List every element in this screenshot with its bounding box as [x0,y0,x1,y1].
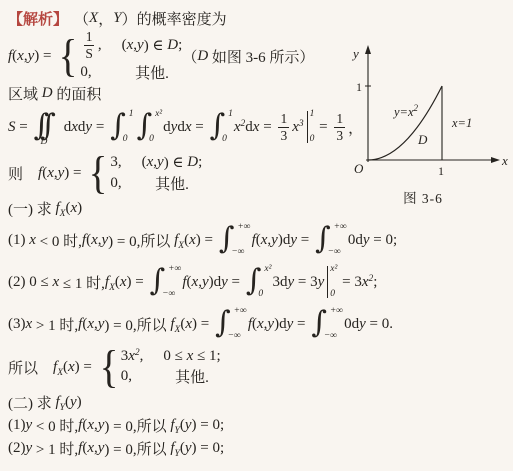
cases-rows: 3,(x,y) ∈ D;0,其他. [110,153,202,194]
math-token: = [92,119,108,135]
math-var: x3 [292,119,303,136]
math-var: fX [105,274,115,291]
integral-limits: 10 [225,110,233,144]
math-var: x [147,154,154,171]
math-token: y [157,154,164,170]
math-token: 0, [121,368,132,384]
math-text: (1) [8,232,29,249]
math-var: y [157,154,164,171]
case-value: 3, [110,154,121,171]
math-token: ) [77,200,82,216]
math-token: ) = [34,48,55,64]
math-token: = [259,119,275,135]
upper-limit: +∞ [237,223,250,233]
math-token: x [362,274,369,290]
math-text: ) = 0,所以 [104,314,170,335]
math-token: D [197,48,208,64]
math-text: > 1 时, [32,438,78,459]
math-token: (3) [8,316,26,332]
math-token: ) = 0,所以 [104,318,170,334]
integral: ∫+∞−∞ [311,307,343,341]
math-text: (2) [8,440,26,457]
math-token: x [70,200,77,216]
math-text: 的面积 [53,83,102,104]
integral-limits: +∞−∞ [331,223,347,257]
math-token: )d [278,232,291,248]
math-token: x [261,232,268,248]
line-case3-x: (3)x > 1 时,f(x,y) = 0,所以 fX(x) = ∫+∞−∞f(… [8,304,507,344]
math-var: y [185,417,192,434]
math-token: y [318,274,325,290]
evaluation-bar: x²0 [327,265,337,299]
math-text: = [259,119,275,136]
math-token: ， [98,12,113,28]
double-integral: ∫∫D [33,112,55,142]
case-condition: (x,y) ∈ D; [142,153,203,172]
math-token: 3, [110,154,121,170]
math-token: y [26,440,33,456]
integral: ∫x²0 [246,265,272,299]
evaluation-limits: 10 [308,110,315,144]
fraction: 13 [334,111,345,143]
upper-limit: +∞ [168,265,181,275]
math-token: x [253,119,260,135]
math-token: (2) [8,440,26,456]
math-token: y [287,274,294,290]
math-text: ）的概率密度为 [122,8,227,29]
math-text: 0, [121,368,132,385]
integral: ∫10 [209,110,232,144]
math-token: = [297,232,313,248]
math-var: y [287,274,294,291]
math-text: 0d [344,316,359,333]
math-text: ) = [64,165,85,182]
math-var: x [261,232,268,249]
math-token: 所以 [8,361,53,377]
math-var: x [91,232,98,249]
math-var: D [187,154,198,171]
math-token: ) = [127,274,148,290]
line-case2-x: (2) 0 ≤ x ≤ 1 时,fX(x) = ∫+∞−∞f(x,y)dy = … [8,260,507,304]
math-token: = 0; [369,232,397,248]
line-header: 【解析】（X，Y）的概率密度为 [8,6,507,30]
math-token: 其他. [135,66,169,82]
math-token: y [137,37,144,53]
math-text: = [297,232,313,249]
integral: ∫+∞−∞ [215,307,247,341]
superscript: 3 [299,119,304,129]
math-var: x [87,440,94,457]
math-var: y [70,394,77,411]
integral-icon: ∫ [150,266,166,296]
math-text: ， [348,117,363,138]
math-token: 区域 [8,87,42,103]
math-text: (1) [8,417,26,434]
math-token: )d [274,316,287,332]
math-var: fX [170,316,180,333]
piecewise-cases: {3,(x,y) ∈ D;0,其他. [87,153,202,194]
math-var: fY [170,440,179,457]
math-token: 0, [110,175,121,191]
math-token: ) = 0; [192,417,225,433]
evaluation-bar: 10 [307,110,315,144]
cases-rows: 3x2,0 ≤ x ≤ 1;0,其他. [121,348,221,387]
math-text: = 3 [294,274,317,291]
math-token: , [98,37,102,53]
math-token: D [167,37,178,53]
integral-icon: ∫ [110,111,126,141]
superscript: 2 [369,274,374,284]
superscript: 2 [135,348,140,358]
lower-limit: 0 [310,135,315,145]
math-var: y [85,119,92,136]
math-token: Y [113,10,121,26]
math-var: y [202,274,209,291]
math-var: x [192,274,199,291]
math-token: = 3 [338,274,361,290]
math-token: x [87,417,94,433]
math-token: x [52,274,59,290]
math-var: y [287,316,294,333]
case-condition: 其他. [135,62,169,83]
math-token: )d [209,274,222,290]
math-token: y [290,232,297,248]
math-text: ， [98,8,113,29]
math-token: x [189,232,196,248]
math-token: y [101,232,108,248]
math-text: (3) [8,316,26,333]
math-token: y [185,440,192,456]
math-token: f [170,440,174,456]
math-var: y [101,232,108,249]
math-token: = 0. [366,316,393,332]
math-text: ) [77,200,82,217]
math-token: ≤ 1 时, [59,276,105,292]
math-var: x [17,48,24,65]
math-token: ) = 0,所以 [104,419,170,435]
math-token: x [26,316,33,332]
math-token: d [163,119,171,135]
math-text: , [140,348,144,365]
math-text: 0, [110,175,121,192]
math-var: x2 [234,119,245,136]
math-text: （ [74,8,89,29]
math-var: x2 [362,274,373,291]
math-token: x [120,274,127,290]
math-token: （ [182,50,197,66]
upper-limit: +∞ [330,307,343,317]
fraction: 13 [278,111,289,143]
math-text: > 1 时, [32,314,78,335]
math-token: y [70,394,77,410]
math-text: 其他. [135,62,169,83]
math-text: , [98,37,102,54]
math-token: x [185,316,192,332]
math-token: y [85,119,92,135]
math-text: d [245,119,253,136]
math-token: f [170,417,174,433]
math-token: < 0 时, [32,419,78,435]
math-text: ≤ 1; [193,348,220,365]
math-text: ) = [34,48,55,65]
math-token: f [170,316,174,332]
math-token: ) = 0,所以 [104,442,170,458]
math-token: = [293,316,309,332]
math-token: = 3 [294,274,317,290]
integral-icon: ∫ [219,224,235,254]
evaluation-limits: x²0 [328,265,337,299]
math-var: y [137,37,144,54]
math-token: x [91,232,98,248]
math-token: （ [74,12,89,28]
math-token: y [267,316,274,332]
math-token: ) = 0; [192,440,225,456]
case-value: 3x2, [121,348,144,365]
math-text: ) = [127,274,148,291]
line-case1-x: (1) x < 0 时,f(x,y) = 0,所以 fX(x) = ∫+∞−∞f… [8,220,507,260]
math-var: fX [56,200,66,217]
math-var: fY [56,394,65,411]
math-token: 0, [80,64,91,80]
math-text: 则 [8,163,38,184]
math-text: = [228,274,244,291]
math-text: = 3 [338,274,361,291]
line-case1-y: (1)y < 0 时,f(x,y) = 0,所以 fY(y) = 0; [8,414,507,437]
math-text: ≤ 1 时, [59,272,105,293]
math-token: y [287,316,294,332]
math-token: ) ∈ [164,155,188,171]
math-text: )d [209,274,222,291]
math-token: = [192,119,208,135]
fraction-numerator: 1 [278,111,289,128]
math-token: 3d [272,274,287,290]
upper-limit: +∞ [234,307,247,317]
math-token: ) = [192,316,213,332]
math-token: ) = [75,359,96,375]
cases-brace: { [99,349,118,386]
math-var: S [8,119,16,136]
math-var: y [98,440,105,457]
math-text: ) ∈ [164,153,188,172]
math-text: ) = 0,所以 [104,415,170,436]
math-token: X [89,10,98,26]
math-token: ≤ 1; [193,348,220,364]
integral-icon: ∫ [246,266,262,296]
math-token: x [187,348,194,364]
case-value: 0, [80,64,91,81]
integral: ∫x²0 [136,110,162,144]
math-token: y [202,274,209,290]
math-var: x [257,316,264,333]
subscript: Y [175,426,180,436]
case-condition: 0 ≤ x ≤ 1; [163,348,220,365]
math-text: ) = 0; [192,417,225,434]
math-var: x2 [128,348,139,365]
math-text: 区域 [8,83,42,104]
math-var: y [58,165,65,182]
math-text: ; [373,274,377,291]
math-var: x [185,119,192,136]
upper-limit: +∞ [334,223,347,233]
math-token: ) [77,394,82,410]
solution-body: 【解析】（X，Y）的概率密度为f(x,y) = {1S,(x,y) ∈ D;0,… [0,0,513,460]
case-value: 0, [110,175,121,192]
math-token: D [187,154,198,170]
upper-limit: 1 [129,110,134,120]
math-token: < 0 时, [36,234,82,250]
math-var: y [221,274,228,291]
math-text: ) = 0,所以 [104,438,170,459]
line-area-calc: S = ∫∫Ddxdy = ∫10∫x²0dydx = ∫10x2dx = 13… [8,104,507,150]
integral-limits: x²0 [261,265,271,299]
fraction-denominator: S [83,46,95,62]
math-var: x [68,359,75,376]
math-token: 则 [8,167,38,183]
upper-limit: 1 [228,110,233,120]
math-var: y [271,232,278,249]
math-token: y [221,274,228,290]
math-token: y [26,417,33,433]
cases-brace: { [59,38,78,75]
math-text: 其他. [155,173,189,194]
line-joint-def: f(x,y) = {1S,(x,y) ∈ D;0,其他.（D 如图 3-6 所示… [8,30,507,82]
math-token: x [185,119,192,135]
upper-limit: x² [155,110,162,120]
math-token: = [228,274,244,290]
math-text: (二) 求 [8,392,56,413]
math-text: ) ∈ [144,36,168,55]
math-text: (一) 求 [8,198,56,219]
integral-icon: ∫ [315,224,331,254]
math-token: y [98,316,105,332]
math-token: y [363,232,370,248]
line-part1-title: (一) 求 fX(x) [8,196,507,220]
math-token: > 1 时, [32,442,78,458]
math-text: 其他. [175,366,209,387]
math-var: Y [113,10,121,27]
integral: ∫+∞−∞ [315,223,347,257]
fraction-numerator: 1 [334,111,345,128]
integral-limits: +∞−∞ [327,307,343,341]
math-text: 所以 [8,357,53,378]
math-text: (2) 0 ≤ [8,274,52,291]
math-var: y [290,232,297,249]
integral: ∫+∞−∞ [219,223,251,257]
upper-limit: 1 [310,110,315,120]
math-token: (1) [8,417,26,433]
math-var: x [52,274,59,291]
math-var: y [185,440,192,457]
math-text: （ [182,46,197,67]
line-part2-title: (二) 求 fY(y) [8,390,507,414]
math-text: 0 ≤ [163,348,186,365]
integral-icon: ∫ [209,111,225,141]
subscript: X [57,368,63,378]
fraction-denominator: 3 [278,128,289,144]
math-var: x [253,119,260,136]
math-text: d [177,119,185,136]
piecewise-cases: {3x2,0 ≤ x ≤ 1;0,其他. [98,348,221,387]
cases-brace: { [89,155,108,192]
math-text: ) = [196,232,217,249]
math-token: ) ∈ [144,38,168,54]
fraction-numerator: 1 [84,29,95,46]
subscript: X [109,283,115,293]
math-var: y [363,232,370,249]
analysis-tag: 【解析】 [8,8,68,29]
integral-icon: ∫ [215,308,231,338]
math-text: 3d [272,274,287,291]
math-token: x [292,119,299,135]
math-token: x [87,440,94,456]
math-var: x [47,165,54,182]
math-var: fX [53,359,63,376]
math-text: ) = [192,316,213,333]
integral-icon: ∫ [311,308,327,338]
math-token: (二) 求 [8,396,56,412]
math-token: x [128,348,135,364]
math-token: y [271,232,278,248]
math-token: 其他. [175,370,209,386]
math-var: x [187,348,194,365]
math-var: y [318,274,325,291]
math-token: 其他. [155,177,189,193]
upper-limit: x² [264,265,271,275]
fraction: 1S [83,29,95,61]
line-fx-result: 所以 fX(x) = {3x2,0 ≤ x ≤ 1;0,其他. [8,344,507,390]
math-text: ) = [75,359,96,376]
math-var: y [98,316,105,333]
math-var: x [87,417,94,434]
math-token: x [68,359,75,375]
subscript: Y [175,449,180,459]
math-var: y [98,417,105,434]
math-token: 0d [348,232,363,248]
math-text: 如图 3-6 所示） [208,46,314,67]
math-token: y [98,417,105,433]
integral-limits: +∞−∞ [234,223,250,257]
integral-limits: 10 [126,110,134,144]
math-token: x [127,37,134,53]
case-value: 1S, [80,29,101,61]
math-var: x [70,200,77,217]
math-text: = [16,119,32,136]
math-text: = 0; [369,232,397,249]
math-text: )d [274,316,287,333]
math-token: y [171,119,178,135]
case-condition: 其他. [155,173,189,194]
math-var: D [167,37,178,54]
math-var: y [267,316,274,333]
integral: ∫10 [110,110,133,144]
math-token: d [177,119,185,135]
math-token: (一) 求 [8,202,56,218]
math-text: = [92,119,108,136]
math-var: y [28,48,35,65]
math-text: ) [77,394,82,411]
math-token: x [147,154,154,170]
math-var: fX [174,232,184,249]
math-var: x [29,232,36,249]
math-token: = [315,119,331,135]
subscript: Y [60,403,65,413]
math-token: d [245,119,253,135]
math-token: , [140,348,144,364]
math-text: = [192,119,208,136]
line-area-label: 区域 D 的面积 [8,82,507,104]
math-var: x [127,37,134,54]
math-var: x [185,316,192,333]
